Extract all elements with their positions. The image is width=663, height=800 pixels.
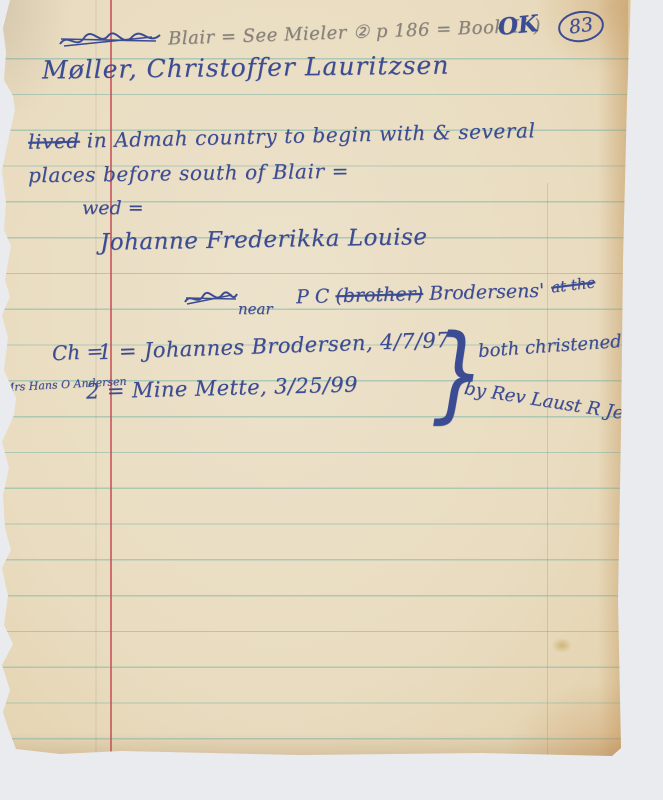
struck-word: lived: [28, 129, 80, 154]
circled-page-number: 83: [556, 8, 606, 45]
residence-line-2: places before south of Blair =: [28, 159, 349, 187]
children-label: Ch =: [51, 339, 103, 366]
note-tail: Brodersens': [423, 280, 545, 305]
pencil-reference-note: Blair = See Mieler ② p 186 = Book II ): [168, 15, 542, 49]
wed-label: wed =: [82, 197, 144, 219]
paper-sheet: Blair = See Mieler ② p 186 = Book II ) O…: [0, 0, 663, 800]
scanned-page: Blair = See Mieler ② p 186 = Book II ) O…: [0, 0, 663, 800]
person-name-title: Møller, Christoffer Lauritzsen: [42, 51, 450, 85]
scribbled-out-word-2: [182, 288, 240, 310]
faint-right-margin-line: [547, 183, 548, 755]
ok-annotation: OK: [497, 10, 540, 41]
note-main: P C: [296, 285, 336, 308]
grouping-brace: }: [433, 312, 486, 434]
note-struck: (brother): [335, 283, 423, 307]
near-label: near: [238, 300, 273, 318]
scribbled-out-word: [56, 28, 164, 54]
